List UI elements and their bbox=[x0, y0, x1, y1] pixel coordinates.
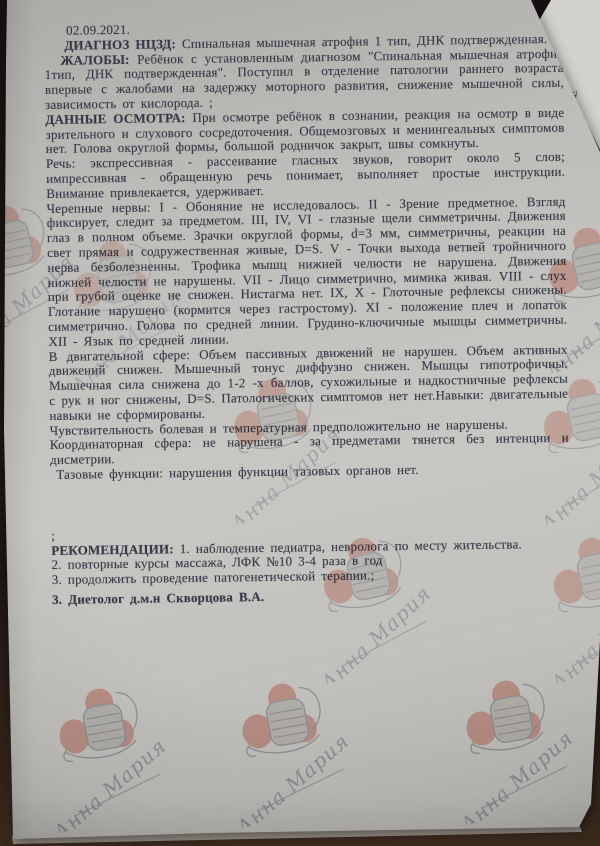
watermark-stamp: Анна Мария bbox=[194, 664, 386, 831]
watermark-brand-text: Анна Мария bbox=[454, 726, 578, 829]
anna-maria-logo-icon: Анна Мария bbox=[418, 661, 600, 828]
paragraph-text: ; bbox=[51, 528, 55, 543]
anna-maria-logo-icon: Анна Мария bbox=[194, 664, 386, 831]
scanned-page-wrap: 02.09.2021. ДИАГНОЗ НЦЗД: Спинальная мыш… bbox=[0, 0, 600, 846]
scanned-page: 02.09.2021. ДИАГНОЗ НЦЗД: Спинальная мыш… bbox=[0, 0, 600, 846]
text-block: ДИАГНОЗ НЦЗД: Спинальная мышечная атрофи… bbox=[44, 32, 571, 608]
paragraph-text: Черепные нервы: I - Обоняние не исследов… bbox=[46, 193, 567, 348]
paragraph-label: 3. Диетолог д.м.н Скворцова В.А. bbox=[52, 589, 265, 607]
paragraph-text: Речь: экспрессивная - рассеивание гласны… bbox=[46, 149, 565, 201]
paragraph: 3. Диетолог д.м.н Скворцова В.А. bbox=[52, 586, 571, 608]
anna-maria-logo-icon: Анна Мария bbox=[11, 669, 203, 836]
photo-background: { "colors": { "bg_color": "#171113", "un… bbox=[0, 0, 600, 846]
watermark-brand-text: Анна Мария bbox=[230, 729, 354, 832]
paragraph: В двигательной сфере: Объем пассивных дв… bbox=[49, 342, 569, 423]
paragraph: ЖАЛОБЫ: Ребёнок с установленным диагнозо… bbox=[44, 46, 564, 112]
paragraph: Черепные нервы: I - Обоняние не исследов… bbox=[46, 194, 567, 349]
paragraph-text: В двигательной сфере: Объем пассивных дв… bbox=[49, 341, 569, 422]
paragraph-text: 3. продолжить проведение патогенетическо… bbox=[52, 568, 375, 588]
paragraph-label: ЖАЛОБЫ: bbox=[60, 51, 129, 67]
watermark-stamp: Анна Мария bbox=[418, 661, 600, 828]
watermark-stamp: Анна Мария bbox=[11, 669, 203, 836]
page-text: 02.09.2021. ДИАГНОЗ НЦЗД: Спинальная мыш… bbox=[44, 17, 571, 608]
watermark-brand-text: Анна Мария bbox=[47, 734, 171, 837]
